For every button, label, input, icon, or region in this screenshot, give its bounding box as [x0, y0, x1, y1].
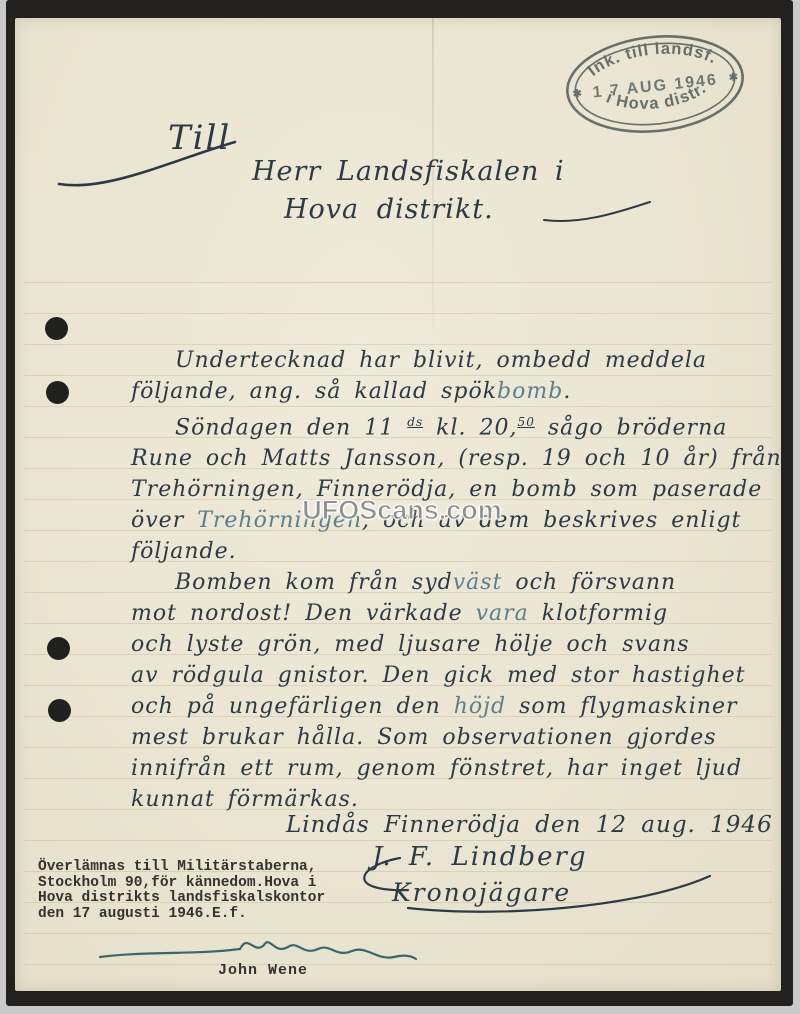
handwritten-line: Söndagen den 11 ds kl. 20,50 sågo bröder…: [131, 407, 763, 443]
handwritten-segment: och lyste grön, med ljusare hölje och sv…: [131, 632, 690, 657]
body-lines: Undertecknad har blivit, ombedd meddelaf…: [131, 345, 763, 815]
handwritten-line: följande.: [131, 536, 763, 567]
forward-note: Överlämnas till Militärstaberna, Stockho…: [38, 860, 325, 922]
handwritten-segment: 50: [518, 415, 535, 429]
handwritten-line: och lyste grön, med ljusare hölje och sv…: [131, 629, 763, 660]
handwritten-segment: mest brukar hålla. Som observationen gjo…: [131, 725, 717, 750]
handwritten-segment: Söndagen den 11: [175, 415, 407, 440]
handwritten-line: kunnat förmärkas.: [131, 784, 763, 815]
handwritten-segment: följande.: [131, 539, 237, 564]
handwritten-segment: mot nordost! Den värkade: [131, 601, 476, 626]
forward-note-line: Överlämnas till Militärstaberna,: [38, 860, 325, 876]
stamp-star-right: ✱: [728, 71, 738, 84]
handwritten-segment: kunnat förmärkas.: [131, 787, 359, 812]
handwritten-segment: och på ungefärligen den: [131, 694, 454, 719]
handwritten-line: Undertecknad har blivit, ombedd meddela: [131, 345, 763, 376]
handwritten-segment: som flygmaskiner: [506, 694, 737, 719]
stamp-star-left: ✱: [572, 88, 582, 101]
handwritten-line: mot nordost! Den värkade vara klotformig: [131, 598, 763, 629]
handwritten-segment: väst: [453, 570, 503, 595]
handwritten-segment: Rune och Matts Jansson, (resp. 19 och 10…: [131, 446, 782, 471]
handwritten-segment: innifrån ett rum, genom fönstret, har in…: [131, 756, 742, 781]
handwritten-segment: klotformig: [529, 601, 668, 626]
handwritten-segment: höjd: [454, 694, 506, 719]
signature-name: J. F. Lindberg: [372, 842, 588, 872]
handwritten-segment: sågo bröderna: [535, 415, 727, 440]
handwritten-segment: över: [131, 508, 197, 533]
handwritten-line: Bomben kom från sydväst och försvann: [131, 567, 763, 598]
handwritten-segment: Undertecknad har blivit, ombedd meddela: [175, 348, 707, 373]
salutation-to: Till: [168, 118, 231, 158]
watermark: UFOScans.com: [282, 495, 522, 526]
punch-hole: [48, 699, 71, 722]
punch-hole: [45, 317, 68, 340]
handwritten-segment: och försvann: [502, 570, 676, 595]
handwritten-line: och på ungefärligen den höjd som flygmas…: [131, 691, 763, 722]
handwritten-segment: bomb: [497, 379, 563, 404]
signature-title: Kronojägare: [392, 878, 571, 907]
handwritten-segment: följande, ang. så kallad spök: [131, 379, 497, 404]
handwritten-segment: Bomben kom från syd: [175, 570, 453, 595]
handwritten-line: mest brukar hålla. Som observationen gjo…: [131, 722, 763, 753]
handwritten-line: av rödgula gnistor. Den gick med stor ha…: [131, 660, 763, 691]
salutation-line2: Hova distrikt.: [284, 194, 494, 225]
forward-note-line: Stockholm 90,för kännedom.Hova i: [38, 876, 325, 892]
handwritten-line: innifrån ett rum, genom fönstret, har in…: [131, 753, 763, 784]
scanned-letter: Ink. till landsf. 1 7 AUG 1946 i Hova di…: [0, 0, 800, 1014]
salutation-line1: Herr Landsfiskalen i: [252, 156, 565, 187]
handwritten-segment: kl. 20,: [423, 415, 517, 440]
handwritten-segment: ds: [407, 415, 423, 429]
typed-signer-name: John Wene: [218, 962, 308, 979]
forward-note-line: Hova distrikts landsfiskalskontor: [38, 891, 325, 907]
handwritten-segment: vara: [476, 601, 529, 626]
handwritten-segment: av rödgula gnistor. Den gick med stor ha…: [131, 663, 746, 688]
punch-hole: [46, 381, 69, 404]
receipt-stamp: Ink. till landsf. 1 7 AUG 1946 i Hova di…: [557, 24, 753, 145]
handwritten-segment: .: [563, 379, 571, 404]
handwritten-line: Rune och Matts Jansson, (resp. 19 och 10…: [131, 443, 763, 474]
handwritten-line: följande, ang. så kallad spökbomb.: [131, 376, 763, 407]
punch-hole: [47, 637, 70, 660]
dateline: Lindås Finnerödja den 12 aug. 1946: [286, 812, 773, 838]
forward-note-line: den 17 augusti 1946.E.f.: [38, 907, 325, 923]
